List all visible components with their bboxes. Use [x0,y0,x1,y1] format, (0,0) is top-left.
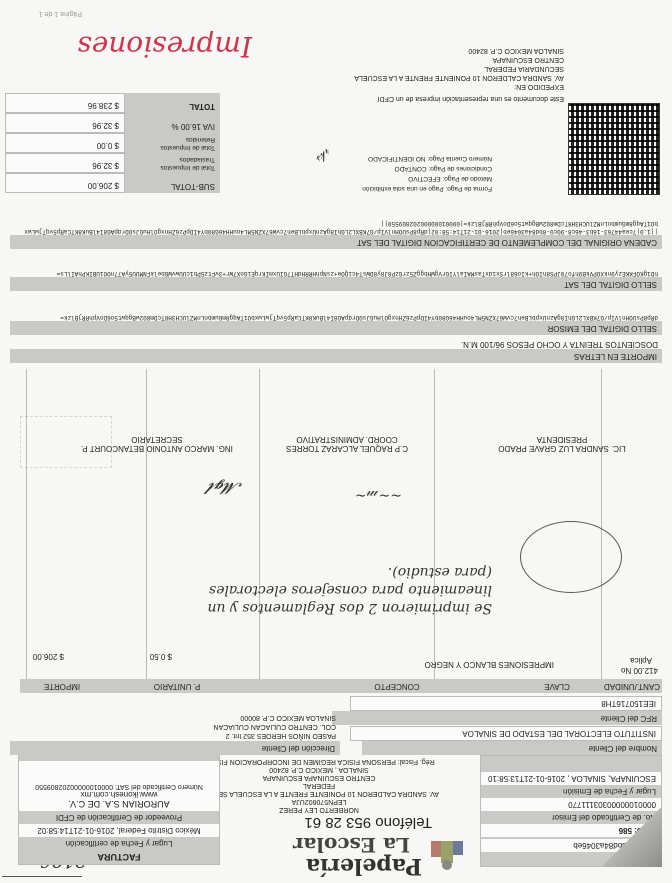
sat-stamp-label: SELLO DIGITAL DEL SAT [10,277,662,291]
issued-line-2: SECUNDARIA FEDERAL [354,64,564,73]
grid-line [601,369,602,679]
signature-block-1: LIC. SANDRA LUZ GRAVE PRADO PRESIDENTA [492,435,632,453]
amount-in-words-label: IMPORTE EN LETRAS [10,349,662,363]
totals-row: SUB-TOTAL $ 206.00 [5,173,220,193]
payment-account: Número Cuenta Pago: NO IDENTIFICADO [362,153,492,163]
initials-signature: 𝓇𝓀𝓈 [313,145,335,167]
totals-row: Total de Impuestos Retenidos $ 0.00 [5,133,220,153]
brand-subname: La Escolar [293,833,410,857]
totals-row: Total de Impuestos Trasladados $ 32.96 [5,153,220,173]
payment-method: Método de Pago: EFECTIVO [362,173,492,183]
emisor-stamp-value: dRp8PsUOHnlVIp/G7KBXL2LGhI8gAznUxpbLBeh7… [22,313,658,321]
sat-stamp-value: hD1gKOFKKEzy9nkXOPVkB9hfo70JPS8hIOh+kIo6… [22,269,658,277]
certification-box: FACTURA Lugar y Fecha de certificación M… [18,753,220,865]
cert-place-value: México Distrito Federal, 2016-01-21T14:5… [19,824,219,837]
red-handwritten-note: Impresiones [77,30,252,63]
page-indicator: Página 1 de 1 [39,10,82,17]
logo-image [427,833,467,873]
client-address-2: COL. CENTRO CULIACAN CULIACAN [20,722,336,731]
item-amount: $ 206.00 [33,652,64,661]
payment-form: Forma de Pago: Pago en una sola exhibici… [362,183,492,193]
chain-value: ||1.0|7cea44763-16b3-46c8-90c0-8bd84a304… [22,219,658,235]
cert-place-label: Lugar y Fecha de certificación [19,837,219,850]
client-address-1: PASEO NIÑOS HEROES 352 Int. 2 [20,731,336,740]
sat-cert-number: Número Certificado del SAT: 000010000002… [24,783,214,790]
client-name-label: Nombre del Cliente [362,741,662,755]
issuer-address-3: CENTRO ESCUINAPA ESCUINAPA [199,773,439,781]
issued-line-3: CENTRO ESCUINAPA [354,55,564,64]
invoice-page: 2196 Papelería La Escolar Teléfono 953 2… [0,0,672,883]
payment-conditions: Condiciones de Pago: CONTADO [362,163,492,173]
document-type: FACTURA [19,850,219,864]
client-address-label: Dirección del Cliente [10,741,340,755]
grid-line [259,369,260,679]
issue-place-date-value: ESCUINAPA, SINALOA , 2016-01-21T13:58:10 [481,772,661,785]
issuer-address-1: AV. SANDRA CALDERON 10 PONIENTE FRENTE A… [199,789,439,797]
items-table-header: CANT./UNIDAD CLAVE CONCEPTO P. UNITARIO … [20,679,662,693]
issuer-rfc: LEPN570602UJA [199,797,439,805]
signature-stamp [520,521,622,593]
client-rfc-value: IEE150716TH8 [350,696,662,711]
client-address: PASEO NIÑOS HEROES 352 Int. 2 COL. CENTR… [20,713,336,740]
totals-box: SUB-TOTAL $ 206.00 Total de Impuestos Tr… [5,93,220,193]
grid-line [146,369,147,679]
totals-row: IVA 16.00 % $ 32.96 [5,113,220,133]
client-name-value: INSTITUTO ELECTORAL DEL ESTADO DE SINALO… [350,726,662,741]
signature-scribble: 𝓜𝓰𝓵 [209,478,242,498]
item-unit-price: $ 0.50 [150,652,172,661]
emisor-stamp-label: SELLO DIGITAL DEL EMISOR [10,321,662,335]
provider-name: AURORIAN S.A. DE C.V. [24,799,214,809]
representation-note: Este documento es una representación imp… [354,94,564,103]
item-concept: IMPRESIONES BLANCO Y NEGRO [424,660,554,669]
issuer-owner: NORBERTO LEY PEREZ [199,805,439,813]
amount-in-words-value: DOSCIENTOS TREINTA Y OCHO PESOS 96/100 M… [461,340,658,349]
faded-stamp [20,416,112,468]
issuer-regime: Rég. Fiscal: PERSONA FISICA REGIMEN DE I… [199,757,439,765]
col-clave: CLAVE [522,682,592,691]
issuer-phone: Teléfono 953 28 61 [304,814,432,831]
col-unit-price: P. UNITARIO [112,682,242,691]
item-unit: Aplica [630,656,652,665]
col-concept: CONCEPTO [292,682,502,691]
issuer-address-4: SINALOA , MEXICO C.P. 82400 [199,765,439,773]
signer-title: COORD. ADMINISTRATIVO [267,435,427,444]
totals-row: TOTAL $ 238.96 [5,93,220,113]
col-amount: IMPORTE [22,682,102,691]
issued-line-4: SINALOA MEXICO C.P. 82400 [354,46,564,55]
issuer-address-2: FEDERAL [199,781,439,789]
grid-line [434,369,435,679]
payment-info: Forma de Pago: Pago en una sola exhibici… [362,153,492,193]
footer-block: Este documento es una representación imp… [354,46,564,103]
client-address-3: SINALOA MEXICO C.P. 80000 [20,713,336,722]
signer-name: C.P RAQUEL ALCARAZ TORRES [267,444,427,453]
issued-line-1: AV. SANDRA CALDERON 10 PONIENTE FRENTE A… [354,73,564,82]
provider-label: Proveedor de Certificación de CFDI [19,811,219,824]
issuer-details: NORBERTO LEY PEREZ LEPN570602UJA AV. SAN… [199,757,439,813]
handwritten-item-note: Se imprimieron 2 dos Reglamentos y un li… [192,563,492,617]
issue-place-date-label: Lugar y Fecha de Emisión [481,785,661,798]
signer-title: PRESIDENTA [492,435,632,444]
signature-scribble: ~~𝓂~ [355,487,402,503]
qr-code [568,103,660,195]
page-fold [602,807,662,867]
signer-name: LIC. SANDRA LUZ GRAVE PRADO [492,444,632,453]
chain-label: CADENA ORIGINAL DEL COMPLEMENTO DE CERTI… [10,235,662,249]
client-rfc-label: RFC del Cliente [332,711,662,725]
provider-web: www.ikonesh.com.mx [24,790,214,799]
col-quantity: CANT./UNIDAD [602,682,662,691]
top-rule [2,876,82,877]
signature-block-2: C.P RAQUEL ALCARAZ TORRES COORD. ADMINIS… [267,435,427,453]
issued-at-label: EXPEDIDO EN: [354,82,564,91]
item-quantity: 412.00 No [621,666,658,675]
